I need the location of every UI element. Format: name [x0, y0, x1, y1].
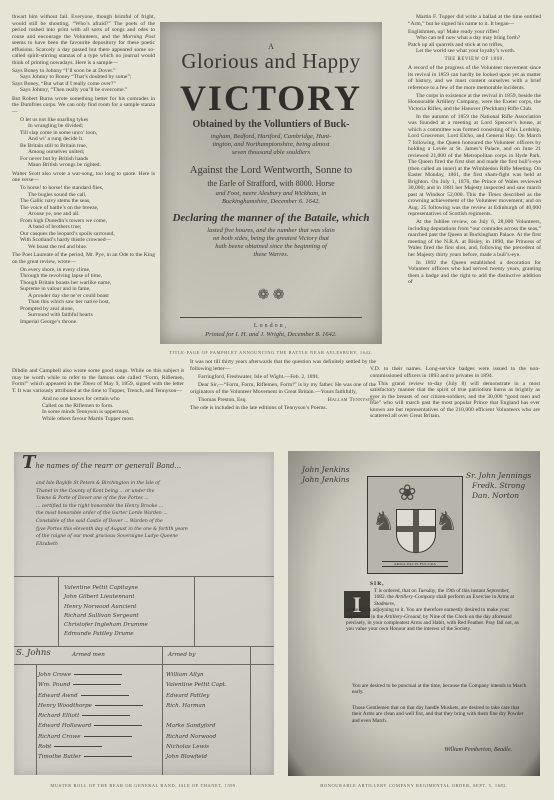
order-paragraph: T is ordered, that on Tuesday, the 19th …: [346, 588, 521, 633]
paragraph: In 1892 the Queen established a decorati…: [408, 260, 541, 286]
paragraph: At the Jubilee review, on July 6, 28,000…: [408, 219, 541, 258]
left-column: thwart him without fail. Everyone, thoug…: [12, 14, 155, 327]
artillery-order-caption: Honourable Artillery Company regimental …: [288, 783, 540, 788]
verse-boney-johnny: Says Boney to Johnny “I’ll soon be at Do…: [12, 68, 155, 94]
paragraph: The ode is included in the late editions…: [190, 405, 376, 412]
paragraph: In the autumn of 1859 the National Rifle…: [408, 114, 541, 218]
right-column: Martin F. Tupper did write a ballad at t…: [408, 14, 541, 287]
letter-body: Dear Sir,—“Form, Form, Riflemen, Form!” …: [190, 382, 376, 395]
verse-form-riflemen: And no one knows for certain who Called …: [12, 396, 184, 422]
verse-scott: To horse! to horse! the standard flies, …: [12, 185, 155, 250]
paragraph: Walter Scott also wrote a war-song, too …: [12, 171, 155, 184]
paragraph: The corps in existence at the revival in…: [408, 93, 541, 113]
verse-pye: On every shore, in every clime, Through …: [12, 267, 155, 326]
paragraph: Dibdin and Campbell also wrote some good…: [12, 368, 184, 394]
paragraph: A record of the progress of the Voluntee…: [408, 65, 541, 91]
beadle-signature: William Pemberton, Beadle.: [444, 747, 512, 753]
review-continuation: V.D. to their names. Long-service badges…: [370, 366, 540, 421]
paragraph: This grand review to-day (July 8) will d…: [370, 381, 540, 420]
paragraph: thwart him without fail. Everyone, thoug…: [12, 14, 155, 66]
paragraph: It was not till thirty years afterwards …: [190, 359, 376, 372]
ornament-icon: ❁ ❁: [160, 287, 382, 304]
paragraph: V.D. to their names. Long-service badges…: [370, 366, 540, 379]
verse-tupper: Englishmen, up! Make ready your rifles! …: [408, 29, 541, 55]
muster-roll-image: The names of the rearr or generall Band.…: [14, 452, 274, 775]
paragraph: Martin F. Tupper did write a ballad at t…: [408, 14, 541, 27]
order-paragraph: You are desired to be punctual at the ti…: [346, 683, 527, 696]
letter-signoff: Thomas Preston, Esq. Hallam Tennyson.: [190, 397, 376, 404]
divider: [180, 317, 362, 318]
verse-burns: O let us not like snarling tykes In wran…: [12, 117, 155, 169]
paragraph: But Robert Burns wrote something better …: [12, 96, 155, 116]
order-paragraph: Those Gentlemen that on that day handle …: [346, 705, 527, 724]
middle-column: It was not till thirty years afterwards …: [190, 359, 376, 413]
dibdin-paragraph-block: Dibdin and Campbell also wrote some good…: [12, 368, 184, 424]
pamphlet-caption: Title-page of pamphlet announcing the ba…: [160, 350, 382, 355]
paragraph: The Poet Laureate of the period, Mr. Pye…: [12, 252, 155, 265]
artillery-order-image: John Jenkins John Jenkins Sr. John Jenni…: [288, 451, 540, 776]
pamphlet-title-page-image: A Glorious and Happy VICTORY Obtained by…: [160, 22, 382, 344]
muster-roll-caption: Muster roll of the rear or general band,…: [14, 783, 274, 788]
section-heading: THE REVIEW OF 1860.: [408, 57, 541, 64]
coat-of-arms-icon: ❀ ♞ ♞ ARMA PACIS FULCRA: [367, 476, 463, 574]
letter-dateline: Farringford, Freshwater, Isle of Wight.—…: [190, 374, 376, 381]
